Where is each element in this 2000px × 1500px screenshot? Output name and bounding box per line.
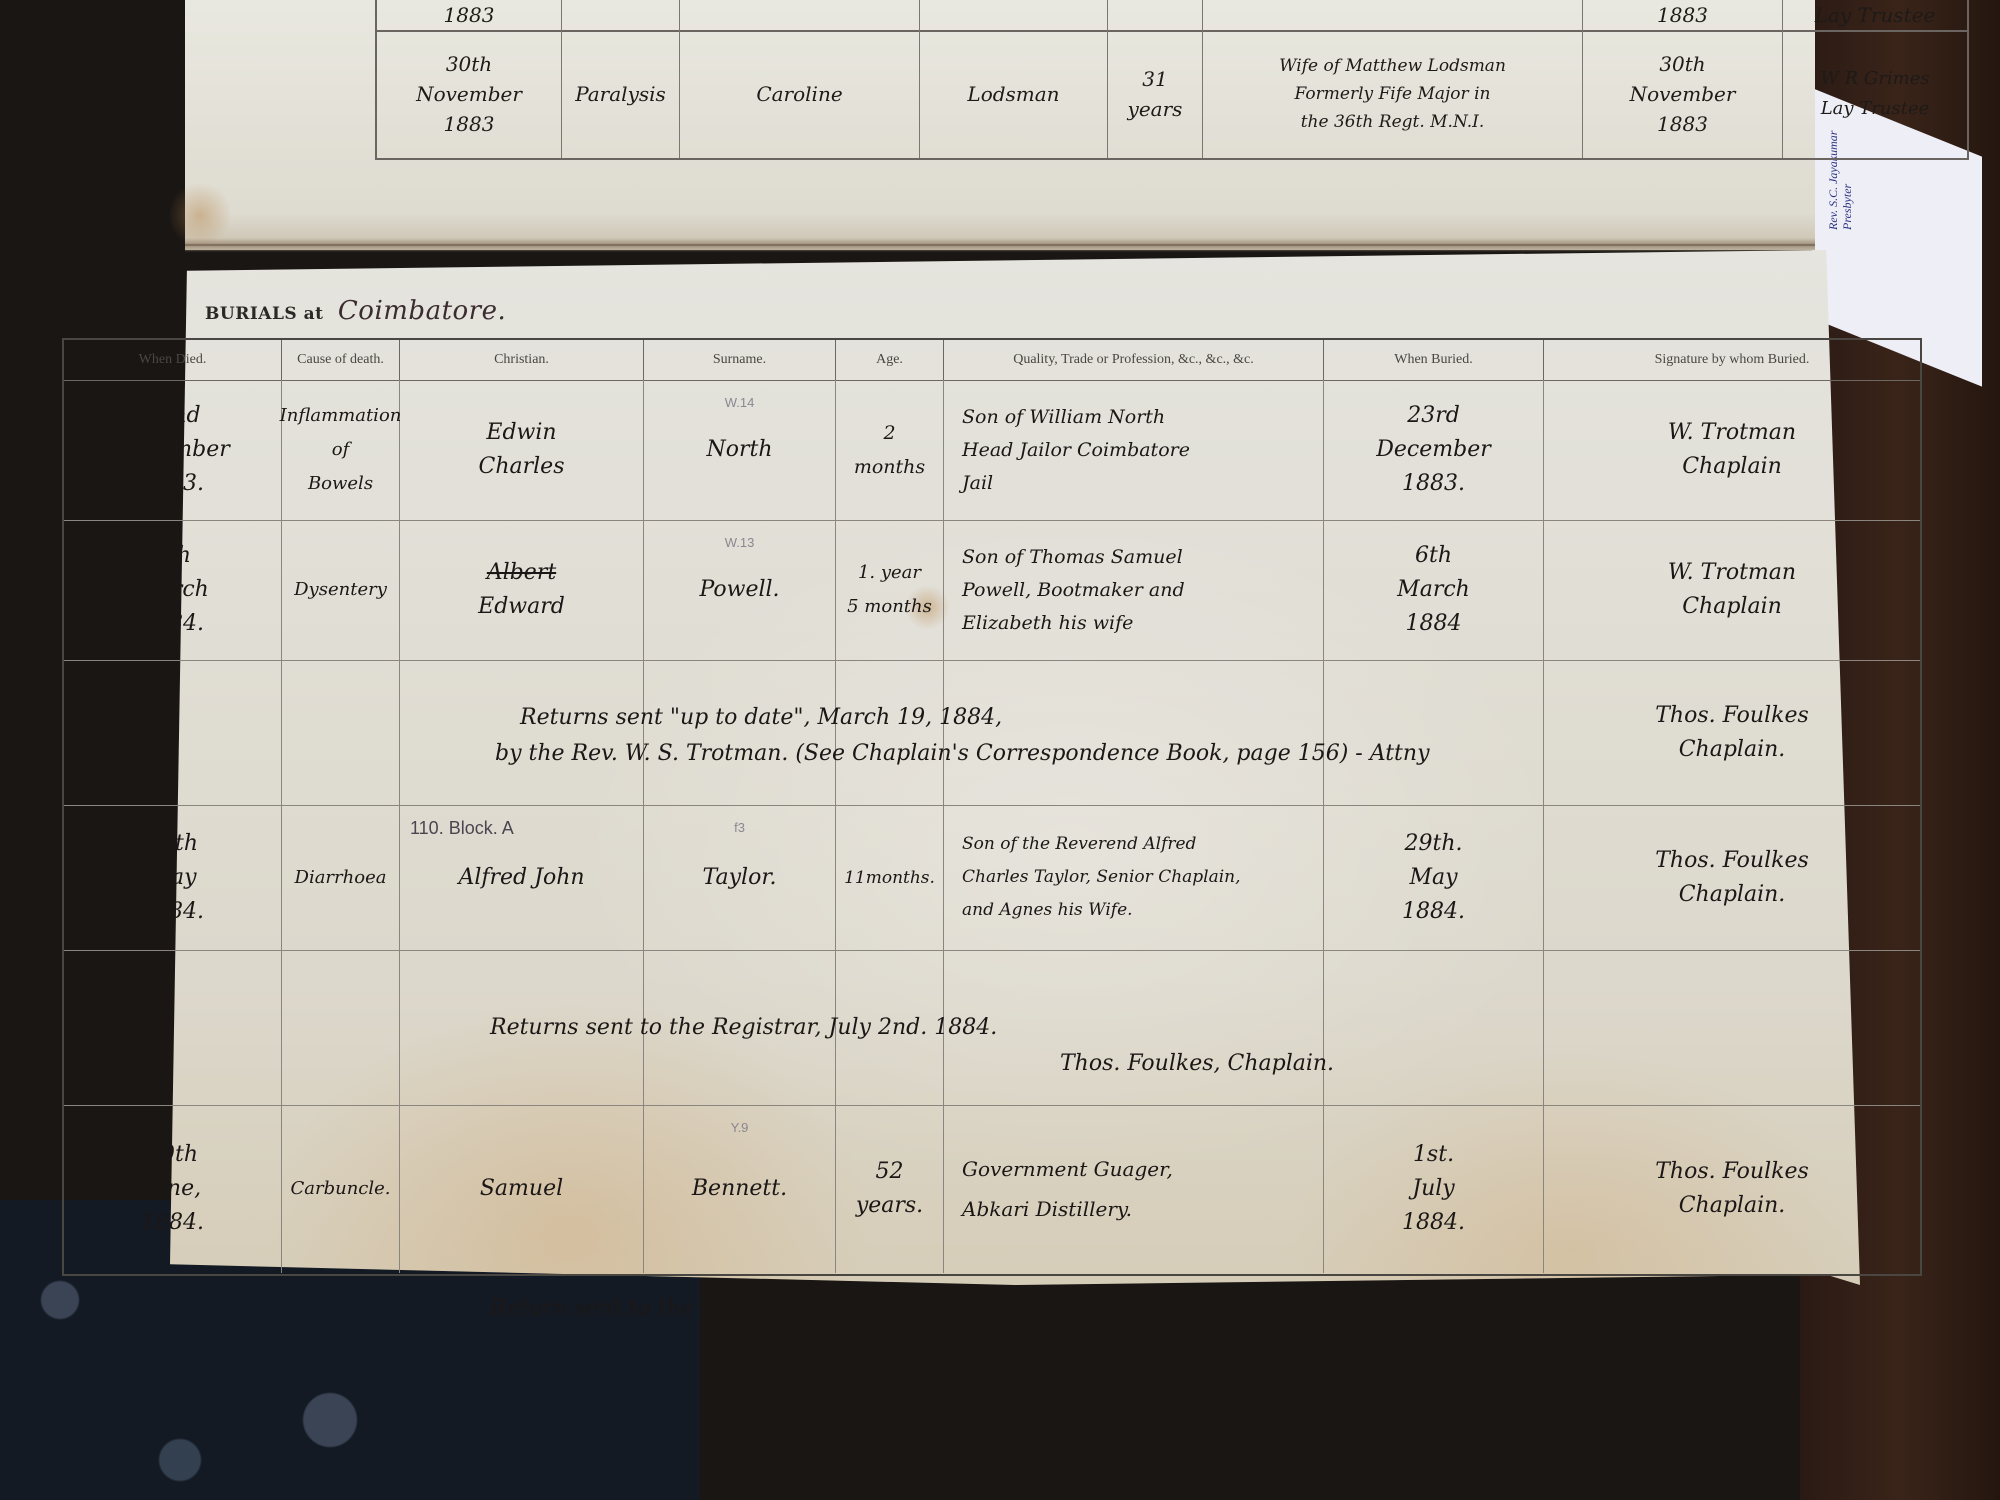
quality-line: Son of the Reverend Alfred: [962, 828, 1196, 861]
header-surname: Surname.: [644, 340, 836, 380]
cause-line: Diarrhoea: [295, 861, 387, 895]
quality-line: Government Guager,: [962, 1149, 1173, 1189]
header-christian: Christian.: [400, 340, 644, 380]
table-header: When Died. Cause of death. Christian. Su…: [64, 340, 1920, 381]
cell-empty: [1544, 950, 1920, 1105]
quality-line: Abkari Distillery.: [962, 1189, 1132, 1229]
year: 1883.: [1402, 467, 1465, 501]
header-cause: Cause of death.: [282, 340, 400, 380]
place-name: Coimbatore.: [338, 296, 506, 326]
cell-empty: [1324, 950, 1544, 1105]
month: May: [1409, 861, 1457, 895]
cell-empty: [64, 950, 282, 1105]
upper-register-page: 1883 1883 Lay Trustee 30th November 1883…: [185, 0, 1815, 250]
cell-cause: Diarrhoea: [282, 805, 400, 950]
cell-quality: Son of William North Head Jailor Coimbat…: [944, 380, 1324, 520]
cell-empty: [282, 950, 400, 1105]
u-when-buried: 30th November 1883: [1583, 30, 1783, 158]
age-value: 2: [883, 416, 895, 450]
age-value: 52: [876, 1155, 904, 1189]
given-name: Alfred John: [458, 861, 584, 895]
cell-signature: Thos. Foulkes Chaplain.: [1544, 1105, 1920, 1273]
year: 1883.: [141, 467, 204, 501]
pencil-plot-note: W.14: [725, 386, 755, 420]
age-value: 1. year: [858, 556, 921, 590]
page-binding-fold: [185, 238, 1815, 252]
year: 1884: [1406, 607, 1462, 641]
u-surname: Lodsman: [920, 30, 1108, 158]
month: November: [1630, 79, 1736, 109]
u-signature: W R Grimes Lay Trustee: [1783, 30, 1967, 158]
surname: Bennett.: [692, 1172, 787, 1206]
memo-line: Returns sent to the Registrar, July 2nd.…: [490, 1015, 997, 1040]
cell-cause: Carbuncle.: [282, 1105, 400, 1273]
cause-line: Inflammation: [280, 399, 402, 433]
header-quality: Quality, Trade or Profession, &c., &c., …: [944, 340, 1324, 380]
surname: Powell.: [699, 573, 779, 607]
given-name: Samuel: [480, 1172, 563, 1206]
header-signature: Signature by whom Buried.: [1544, 340, 1920, 380]
cause-line: Carbuncle.: [290, 1172, 390, 1206]
surname: North: [706, 433, 772, 467]
signer: Thos. Foulkes: [1655, 844, 1809, 878]
u-when-buried: 1883: [1583, 0, 1783, 30]
age-unit: years: [1128, 94, 1183, 124]
signer: Thos. Foulkes: [1655, 1155, 1809, 1189]
day: 6th: [154, 539, 191, 573]
envelope-line-2: Presbyter: [1840, 184, 1854, 230]
day: 1st.: [1413, 1138, 1454, 1172]
cell-surname: f3 Taylor.: [644, 805, 836, 950]
header-when-buried: When Buried.: [1324, 340, 1544, 380]
memo-returns-registrar: Returns sent to the Registrar, July 2nd.…: [490, 1010, 1334, 1082]
cell-signature: W. Trotman Chaplain: [1544, 380, 1920, 520]
u-quality: Wife of Matthew Lodsman Formerly Fife Ma…: [1203, 30, 1583, 158]
memo-signature: Thos. Foulkes, Chaplain.: [1060, 1051, 1334, 1076]
cell-when-died: 22nd December 1883.: [64, 380, 282, 520]
quality-line: Charles Taylor, Senior Chaplain,: [962, 861, 1241, 894]
u-age: 31 years: [1108, 30, 1203, 158]
month: March: [1397, 573, 1470, 607]
quality-line: Head Jailor Coimbatore: [962, 434, 1190, 467]
u-signature: Lay Trustee: [1783, 0, 1967, 30]
upper-row-lodsman: 30th November 1883 Paralysis Caroline Lo…: [377, 30, 1967, 160]
cell-signature: Thos. Foulkes Chaplain.: [1544, 805, 1920, 950]
upper-table: 1883 1883 Lay Trustee 30th November 1883…: [375, 0, 1969, 160]
u-when-died: 30th November 1883: [377, 30, 562, 158]
year: 1884.: [141, 895, 204, 929]
surname: Taylor.: [703, 861, 777, 895]
day: 22nd: [144, 399, 200, 433]
cell-quality: Son of the Reverend Alfred Charles Taylo…: [944, 805, 1324, 950]
signer-title: Lay Trustee: [1821, 94, 1930, 124]
u-christian: Caroline: [680, 30, 920, 158]
cell-when-buried: 1st. July 1884.: [1324, 1105, 1544, 1273]
printed-heading: BURIALS at: [205, 304, 323, 324]
cell-cause: Dysentery: [282, 520, 400, 660]
cell-when-died: 6th March 1884.: [64, 520, 282, 660]
cell-surname: W.14 North: [644, 380, 836, 520]
memo-returns-up-to-date: Returns sent "up to date", March 19, 188…: [520, 700, 1430, 772]
burials-table: When Died. Cause of death. Christian. Su…: [62, 338, 1922, 1276]
day: 30th: [1659, 49, 1705, 79]
signer: W. Trotman: [1668, 556, 1796, 590]
memo-line: by the Rev. W. S. Trotman. (See Chaplain…: [495, 741, 1430, 766]
cell-age: 11months.: [836, 805, 944, 950]
upper-partial-row: 1883 1883 Lay Trustee: [377, 0, 1967, 32]
cell-when-buried: 6th March 1884: [1324, 520, 1544, 660]
cell-christian: Samuel: [400, 1105, 644, 1273]
given-name: Edwin: [486, 416, 556, 450]
u-when-died: 1883: [377, 0, 562, 30]
signer: W. Trotman: [1668, 416, 1796, 450]
year: 1884.: [141, 607, 204, 641]
month: June,: [144, 1172, 201, 1206]
signer-title: Chaplain: [1682, 450, 1782, 484]
table-row: 6th March 1884. Dysentery Albert Edward …: [64, 520, 1920, 661]
month: November: [416, 79, 522, 109]
memo-line: Returns sent "up to date", March 19, 188…: [520, 705, 1002, 730]
cell-christian: Edwin Charles: [400, 380, 644, 520]
given-name: Charles: [479, 450, 565, 484]
year: 1883: [444, 109, 495, 139]
cell-christian: Albert Edward: [400, 520, 644, 660]
u-surname: [920, 0, 1108, 30]
u-christian: [680, 0, 920, 30]
table-row: 29th May 1884. Diarrhoea 110. Block. A A…: [64, 805, 1920, 951]
day: 29th: [147, 827, 198, 861]
quality-line: Jail: [962, 467, 993, 500]
table-row: 22nd December 1883. Inflammation of Bowe…: [64, 380, 1920, 521]
signer: Thos. Foulkes: [1655, 699, 1809, 733]
signer-title: Chaplain: [1682, 590, 1782, 624]
month: March: [136, 573, 209, 607]
quality-line: Formerly Fife Major in: [1295, 80, 1491, 108]
signer: W R Grimes: [1820, 64, 1929, 94]
pencil-plot-note: W.13: [725, 526, 755, 560]
table-row: 30th June, 1884. Carbuncle. Samuel Y.9 B…: [64, 1105, 1920, 1273]
header-age: Age.: [836, 340, 944, 380]
pencil-plot-note: Y.9: [731, 1111, 749, 1145]
year: 1884.: [1402, 1206, 1465, 1240]
signer-title: Chaplain.: [1679, 878, 1786, 912]
struck-given-name: Albert: [487, 556, 556, 590]
plot-block-note: 110. Block. A: [410, 811, 514, 845]
u-age: [1108, 0, 1203, 30]
cell-when-buried: 23rd December 1883.: [1324, 380, 1544, 520]
day: 29th.: [1405, 827, 1463, 861]
cell-quality: Government Guager, Abkari Distillery.: [944, 1105, 1324, 1273]
cell-empty: [64, 660, 282, 805]
age-unit: 5 months: [847, 590, 932, 624]
cell-when-died: 29th May 1884.: [64, 805, 282, 950]
cell-age: 2 months: [836, 380, 944, 520]
quality-line: Elizabeth his wife: [962, 607, 1133, 640]
stain: [170, 180, 230, 250]
quality-line: Son of Thomas Samuel: [962, 541, 1183, 574]
cause-line: Dysentery: [294, 573, 387, 607]
cell-quality: Son of Thomas Samuel Powell, Bootmaker a…: [944, 520, 1324, 660]
cell-empty: [282, 660, 400, 805]
month: May: [148, 861, 196, 895]
u-cause: [562, 0, 680, 30]
month: December: [1376, 433, 1490, 467]
cell-cause: Inflammation of Bowels: [282, 380, 400, 520]
quality-line: Powell, Bootmaker and: [962, 574, 1185, 607]
cell-surname: W.13 Powell.: [644, 520, 836, 660]
pencil-plot-note: f3: [734, 811, 745, 845]
age-value: 11months.: [844, 861, 935, 895]
month: December: [115, 433, 229, 467]
cell-signature: Thos. Foulkes Chaplain.: [1544, 660, 1920, 805]
cause-line: of: [332, 433, 350, 467]
cell-age: 52 years.: [836, 1105, 944, 1273]
day: 6th: [1415, 539, 1452, 573]
footer-signature: Thos. Foulkes, Chaplain.: [1285, 1296, 1559, 1321]
cell-signature: W. Trotman Chaplain: [1544, 520, 1920, 660]
signer-title: Chaplain.: [1679, 1189, 1786, 1223]
day: 30th: [147, 1138, 198, 1172]
year: 1884.: [1402, 895, 1465, 929]
u-quality: [1203, 0, 1583, 30]
month: July: [1412, 1172, 1454, 1206]
day: 23rd: [1407, 399, 1460, 433]
day: 30th: [446, 49, 492, 79]
quality-line: Wife of Matthew Lodsman: [1279, 52, 1506, 80]
quality-line: Son of William North: [962, 401, 1165, 434]
age-unit: years.: [856, 1189, 923, 1223]
footer-return-note: Return sent to the Registrar, Novr. 18th…: [490, 1296, 1012, 1321]
cause-line: Bowels: [308, 467, 373, 501]
cell-when-buried: 29th. May 1884.: [1324, 805, 1544, 950]
cell-age: 1. year 5 months: [836, 520, 944, 660]
quality-line: and Agnes his Wife.: [962, 894, 1133, 927]
quality-line: the 36th Regt. M.N.I.: [1301, 108, 1485, 136]
cell-surname: Y.9 Bennett.: [644, 1105, 836, 1273]
register-heading: BURIALS at Coimbatore.: [205, 296, 506, 326]
given-name: Edward: [478, 590, 565, 624]
cell-christian: 110. Block. A Alfred John: [400, 805, 644, 950]
cell-when-died: 30th June, 1884.: [64, 1105, 282, 1273]
year: 1883: [1657, 109, 1708, 139]
header-when-died: When Died.: [64, 340, 282, 380]
age-value: 31: [1142, 64, 1167, 94]
signer-title: Chaplain.: [1679, 733, 1786, 767]
age-unit: months: [854, 450, 925, 484]
year: 1884.: [141, 1206, 204, 1240]
u-cause: Paralysis: [562, 30, 680, 158]
